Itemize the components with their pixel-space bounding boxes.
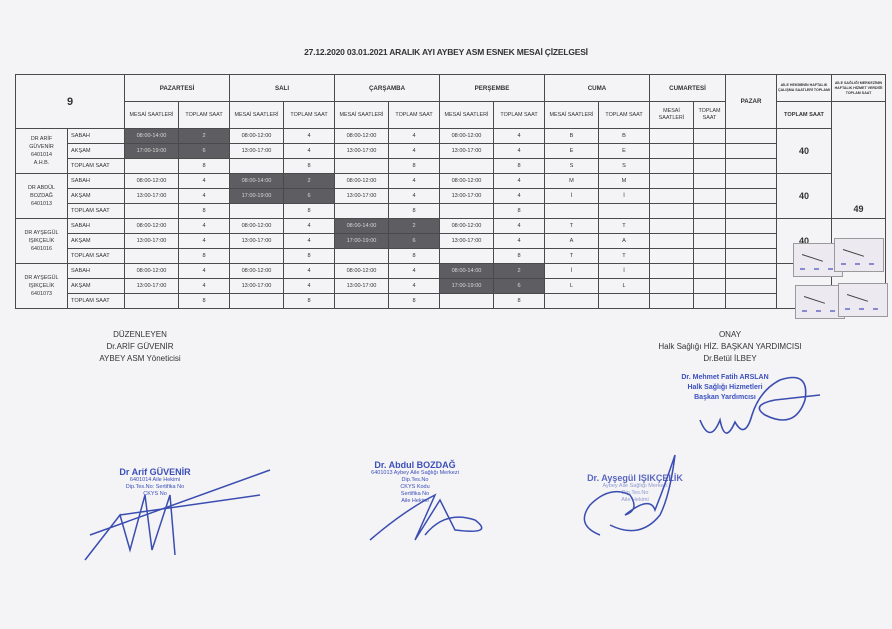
saturday-total-cell [694,279,726,294]
total-cell: 8 [284,249,335,264]
hours-cell [125,159,179,174]
hours-cell [545,204,599,219]
sunday-cell [726,144,777,159]
corner-label: 9 [16,75,125,129]
saturday-hours-cell [650,129,694,144]
saturday-hours-cell [650,219,694,234]
total-cell: 8 [494,204,545,219]
row-label: AKŞAM [68,144,125,159]
hours-cell: 17:00-19:00 [125,144,179,159]
saturday-hours-cell [650,279,694,294]
total-cell: 4 [389,279,440,294]
hours-cell: 08:00-12:00 [440,129,494,144]
total-cell: 8 [389,204,440,219]
saturday-hours-cell [650,249,694,264]
stamp-line: Dip.Tes.No [345,477,485,484]
saturday-total-cell [694,159,726,174]
day-header: PAZARTESİ [125,75,230,102]
doctor-name: DR AYŞEGÜLIŞIKÇELİK6401016 [16,219,68,264]
total-cell: T [599,219,650,234]
table-row: TOPLAM SAAT8888SS [16,159,886,174]
saturday-total-cell [694,294,726,309]
thumbnail-image [834,238,884,272]
total-cell: 4 [494,174,545,189]
hours-cell: A [545,234,599,249]
sunday-cell [726,279,777,294]
hours-cell: L [545,279,599,294]
hours-cell [125,204,179,219]
sunday-cell [726,204,777,219]
total-cell: S [599,159,650,174]
row-label: TOPLAM SAAT [68,204,125,219]
row-label: AKŞAM [68,279,125,294]
total-subheader: TOPLAM SAAT [599,102,650,129]
total-subheader: TOPLAM SAAT [179,102,230,129]
total-cell: 4 [494,189,545,204]
weekly-total: 40 [777,174,832,219]
total-cell: 8 [389,159,440,174]
table-row: AKŞAM13:00-17:00413:00-17:00413:00-17:00… [16,279,886,294]
hours-cell: T [545,219,599,234]
total-cell: 8 [179,204,230,219]
table-row: AKŞAM13:00-17:00417:00-19:00613:00-17:00… [16,189,886,204]
hours-cell: 08:00-14:00 [230,174,284,189]
total-subheader: TOPLAM SAAT [494,102,545,129]
hours-cell: S [545,159,599,174]
saturday-total-cell [694,129,726,144]
total-cell: A [599,234,650,249]
doctor-name-line: 6401073 [16,290,67,298]
prepared-by-block: DÜZENLEYEN Dr.ARİF GÜVENİR AYBEY ASM Yön… [60,329,220,365]
hours-cell [440,249,494,264]
hours-cell: B [545,129,599,144]
total-cell: 8 [179,249,230,264]
total-cell: B [599,129,650,144]
sunday-cell [726,189,777,204]
weekly-total-subheader: TOPLAM SAAT [777,102,832,129]
hours-cell: 08:00-12:00 [230,129,284,144]
doctor-name: DR AYŞEGÜLIŞIKÇELİK6401073 [16,264,68,309]
hours-cell [440,204,494,219]
total-cell: 8 [494,294,545,309]
doctor-signature [80,455,280,565]
hours-cell: 13:00-17:00 [440,189,494,204]
doctor-name-line: 6401013 [16,200,67,208]
total-cell: 2 [284,174,335,189]
doctor-name-line: A.H.B. [16,159,67,167]
hours-cell: 08:00-12:00 [335,174,389,189]
day-header: CUMARTESİ [650,75,726,102]
total-cell: 4 [179,174,230,189]
saturday-hours-cell [650,204,694,219]
total-cell: 4 [284,129,335,144]
total-cell: 4 [389,144,440,159]
total-cell: 6 [494,279,545,294]
total-cell [599,294,650,309]
saturday-total-cell [694,234,726,249]
total-cell: 4 [389,129,440,144]
total-cell: 4 [179,279,230,294]
approval-heading: ONAY [630,329,830,341]
total-cell: M [599,174,650,189]
hours-subheader: MESAİ SAATLERİ [440,102,494,129]
row-label: AKŞAM [68,189,125,204]
total-subheader: TOPLAM SAAT [389,102,440,129]
total-cell: 6 [179,144,230,159]
doctor-signature [365,490,505,550]
document-title: 27.12.2020 03.01.2021 ARALIK AYI AYBEY A… [0,47,892,57]
hours-cell: T [545,249,599,264]
saturday-total-cell [694,249,726,264]
hours-cell: İ [545,189,599,204]
sunday-cell [726,264,777,279]
saturday-hours-cell [650,174,694,189]
total-cell: 6 [389,234,440,249]
unit-total-subheader: 49 [832,102,886,219]
hours-cell: 08:00-12:00 [440,219,494,234]
total-cell: 4 [494,144,545,159]
sunday-cell [726,174,777,189]
hours-cell [440,294,494,309]
total-cell: 2 [494,264,545,279]
unit-hours-header: AİLE SAĞLIĞI MERKEZİNİN HAFTALIK HİZMET … [832,75,886,102]
saturday-total-cell [694,174,726,189]
saturday-total-cell [694,189,726,204]
doctor-signature [570,455,690,545]
saturday-total-cell [694,264,726,279]
approval-signature [690,360,830,450]
saturday-hours-cell [650,264,694,279]
hours-cell: 13:00-17:00 [440,144,494,159]
total-cell: 4 [179,234,230,249]
total-cell: 8 [389,249,440,264]
total-cell: 4 [494,234,545,249]
hours-cell: 13:00-17:00 [125,189,179,204]
hours-cell [125,249,179,264]
total-cell: 4 [284,279,335,294]
total-cell: 4 [284,219,335,234]
prepared-by-name: Dr.ARİF GÜVENİR [60,341,220,353]
hours-cell [335,159,389,174]
row-label: TOPLAM SAAT [68,249,125,264]
hours-cell [230,294,284,309]
schedule-table: 9PAZARTESİSALIÇARŞAMBAPERŞEMBECUMACUMART… [15,74,886,309]
total-cell: 8 [389,294,440,309]
table-row: DR ARİFGÜVENİR6401014A.H.B.SABAH08:00-14… [16,129,886,144]
row-label: TOPLAM SAAT [68,294,125,309]
hours-cell: 08:00-12:00 [125,219,179,234]
hours-cell: 08:00-14:00 [335,219,389,234]
total-cell: İ [599,264,650,279]
hours-cell: 13:00-17:00 [125,279,179,294]
stamp-name: Dr. Abdul BOZDAĞ [345,460,485,470]
doctor-name-line: DR AYŞEGÜL [16,274,67,282]
hours-cell: 17:00-19:00 [335,234,389,249]
hours-cell [230,204,284,219]
total-cell [599,204,650,219]
total-cell: 8 [179,159,230,174]
hours-cell: 08:00-14:00 [440,264,494,279]
sunday-cell [726,294,777,309]
day-header: PERŞEMBE [440,75,545,102]
hours-subheader: MESAİ SAATLERİ [545,102,599,129]
hours-subheader: MESAİ SAATLERİ [230,102,284,129]
hours-cell: 13:00-17:00 [230,279,284,294]
hours-subheader: MESAİ SAATLERİ [125,102,179,129]
total-cell: 4 [179,219,230,234]
hours-cell: 08:00-12:00 [440,174,494,189]
hours-cell: İ [545,264,599,279]
hours-subheader: MESAİ SAATLERİ [650,102,694,129]
weekly-total: 40 [777,129,832,174]
hours-cell: 08:00-12:00 [125,264,179,279]
day-header: CUMA [545,75,650,102]
saturday-hours-cell [650,294,694,309]
total-cell: 2 [389,219,440,234]
total-cell: 2 [179,129,230,144]
total-cell: L [599,279,650,294]
row-label: TOPLAM SAAT [68,159,125,174]
hours-cell: 13:00-17:00 [230,234,284,249]
total-cell: 8 [284,204,335,219]
row-label: SABAH [68,129,125,144]
total-cell: 4 [284,234,335,249]
sunday-cell [726,219,777,234]
table-row: AKŞAM13:00-17:00413:00-17:00417:00-19:00… [16,234,886,249]
total-cell: 4 [494,129,545,144]
total-subheader: TOPLAM SAAT [694,102,726,129]
prepared-by-role: AYBEY ASM Yöneticisi [60,353,220,365]
doctor-name-line: DR ARİF [16,135,67,143]
total-cell: 4 [284,144,335,159]
doctor-name-line: DR ABDÜL [16,184,67,192]
hours-cell: 08:00-12:00 [335,129,389,144]
weekly-hours-header: AİLE HEKİMİNİN HAFTALIK ÇALIŞMA SAATLERİ… [777,75,832,102]
prepared-by-heading: DÜZENLEYEN [60,329,220,341]
total-cell: 6 [284,189,335,204]
hours-cell: 17:00-19:00 [230,189,284,204]
total-cell: İ [599,189,650,204]
total-cell: 4 [389,189,440,204]
hours-cell: 13:00-17:00 [440,234,494,249]
total-subheader: TOPLAM SAAT [284,102,335,129]
day-header: SALI [230,75,335,102]
row-label: SABAH [68,174,125,189]
day-header: PAZAR [726,75,777,129]
hours-cell: 13:00-17:00 [230,144,284,159]
sunday-cell [726,234,777,249]
saturday-hours-cell [650,144,694,159]
doctor-name-line: 6401014 [16,151,67,159]
doctor-name-line: IŞIKÇELİK [16,237,67,245]
table-row: TOPLAM SAAT8888 [16,204,886,219]
table-row: TOPLAM SAAT8888TT [16,249,886,264]
header-row: 9PAZARTESİSALIÇARŞAMBAPERŞEMBECUMACUMART… [16,75,886,102]
row-label: SABAH [68,264,125,279]
table-row: DR AYŞEGÜLIŞIKÇELİK6401016SABAH08:00-12:… [16,219,886,234]
total-cell: 8 [284,159,335,174]
hours-cell: 08:00-12:00 [125,174,179,189]
hours-cell [335,249,389,264]
table-row: DR ABDÜLBOZDAĞ6401013SABAH08:00-12:00408… [16,174,886,189]
total-cell: 4 [179,189,230,204]
saturday-total-cell [694,219,726,234]
hours-cell [230,249,284,264]
hours-cell [545,294,599,309]
row-label: AKŞAM [68,234,125,249]
table-row: TOPLAM SAAT8888 [16,294,886,309]
doctor-name: DR ABDÜLBOZDAĞ6401013 [16,174,68,219]
thumbnail-image [838,283,888,317]
sunday-cell [726,249,777,264]
total-cell: 4 [179,264,230,279]
doctor-name-line: DR AYŞEGÜL [16,229,67,237]
total-cell: 4 [494,219,545,234]
hours-cell: M [545,174,599,189]
hours-cell [440,159,494,174]
doctor-name-line: BOZDAĞ [16,192,67,200]
hours-cell: 13:00-17:00 [335,189,389,204]
hours-cell [335,204,389,219]
hours-cell: 13:00-17:00 [335,144,389,159]
hours-cell: 13:00-17:00 [335,279,389,294]
approval-role: Halk Sağlığı HİZ. BAŞKAN YARDIMCISI [630,341,830,353]
doctor-name-line: GÜVENİR [16,143,67,151]
saturday-hours-cell [650,159,694,174]
total-cell: 8 [179,294,230,309]
hours-cell: 17:00-19:00 [440,279,494,294]
total-cell: E [599,144,650,159]
total-cell: 4 [389,174,440,189]
total-cell: 4 [389,264,440,279]
hours-cell: E [545,144,599,159]
hours-subheader: MESAİ SAATLERİ [335,102,389,129]
table-row: DR AYŞEGÜLIŞIKÇELİK6401073SABAH08:00-12:… [16,264,886,279]
sunday-cell [726,159,777,174]
row-label: SABAH [68,219,125,234]
total-cell: T [599,249,650,264]
hours-cell [335,294,389,309]
hours-cell: 08:00-14:00 [125,129,179,144]
doctor-name-line: 6401016 [16,245,67,253]
saturday-total-cell [694,204,726,219]
total-cell: 8 [494,249,545,264]
hours-cell: 08:00-12:00 [335,264,389,279]
doctor-name: DR ARİFGÜVENİR6401014A.H.B. [16,129,68,174]
hours-cell: 13:00-17:00 [125,234,179,249]
hours-cell: 08:00-12:00 [230,264,284,279]
sunday-cell [726,129,777,144]
total-cell: 8 [284,294,335,309]
saturday-hours-cell [650,234,694,249]
table-row: AKŞAM17:00-19:00613:00-17:00413:00-17:00… [16,144,886,159]
hours-cell [125,294,179,309]
total-cell: 4 [284,264,335,279]
hours-cell: 08:00-12:00 [230,219,284,234]
doctor-name-line: IŞIKÇELİK [16,282,67,290]
hours-cell [230,159,284,174]
saturday-total-cell [694,144,726,159]
total-cell: 8 [494,159,545,174]
stamp-line: 6401013 Aybey Aile Sağlığı Merkezi [345,470,485,477]
saturday-hours-cell [650,189,694,204]
day-header: ÇARŞAMBA [335,75,440,102]
